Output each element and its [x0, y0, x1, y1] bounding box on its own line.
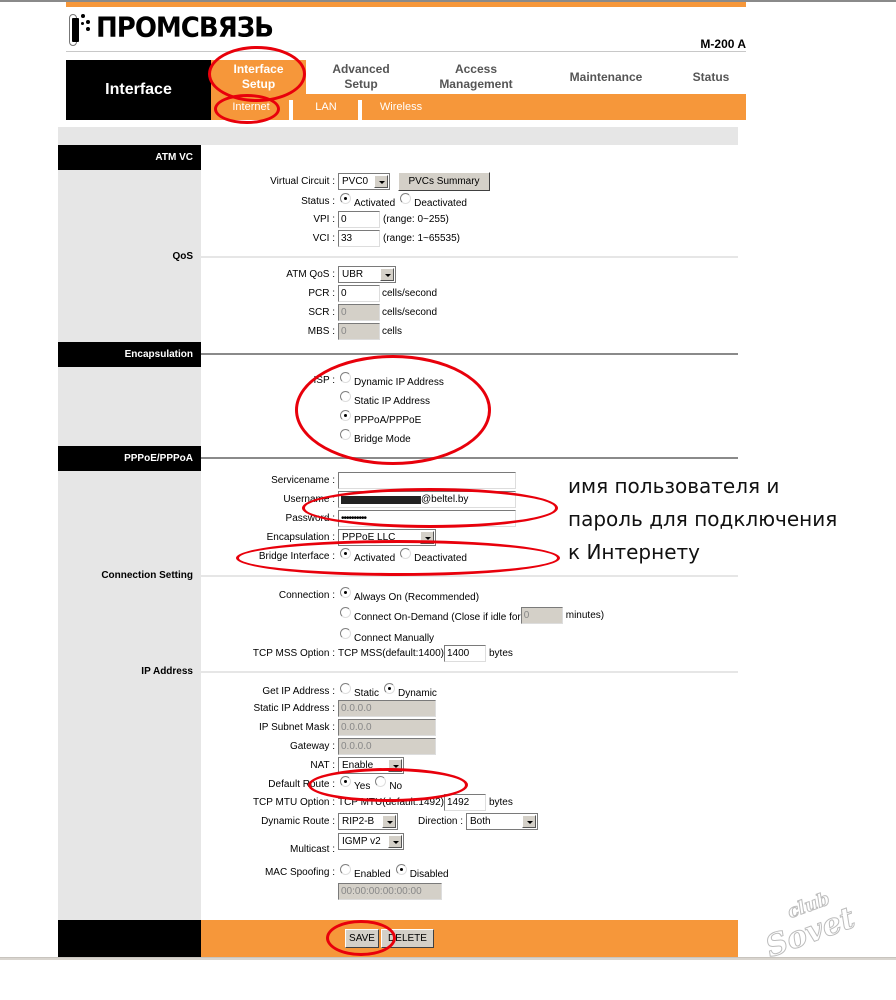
bridge-deactivated-radio[interactable] [400, 548, 411, 559]
encapsulation-select[interactable]: PPPoE LLC [338, 529, 436, 546]
get-ip-dynamic-radio[interactable] [384, 683, 395, 694]
delete-button[interactable]: DELETE [381, 929, 434, 948]
status-activated-radio[interactable] [340, 193, 351, 204]
chevron-down-icon [380, 268, 394, 281]
password-input[interactable]: •••••••••• [338, 510, 516, 527]
tab-maintenance[interactable]: Maintenance [551, 60, 661, 94]
subtab-separator [358, 100, 362, 120]
default-route-no-radio[interactable] [375, 776, 386, 787]
mac-address-row: 00:00:00:00:00:00 [201, 882, 738, 901]
chevron-down-icon [388, 759, 402, 772]
mac-address-input[interactable]: 00:00:00:00:00:00 [338, 883, 442, 900]
status-deactivated-radio[interactable] [400, 193, 411, 204]
get-ip-static-radio[interactable] [340, 683, 351, 694]
scr-row: SCR : 0cells/second [201, 303, 738, 322]
tab-interface-setup[interactable]: Interface Setup [211, 60, 306, 94]
static-ip-input[interactable]: 0.0.0.0 [338, 700, 436, 717]
model-label: M-200 A [700, 37, 746, 51]
subnet-row: IP Subnet Mask : 0.0.0.0 [201, 718, 738, 737]
servicename-input[interactable] [338, 472, 516, 489]
mbs-row: MBS : 0cells [201, 322, 738, 341]
mac-spoofing-enabled-radio[interactable] [340, 864, 351, 875]
vci-input[interactable]: 33 [338, 230, 380, 247]
tcp-mtu-input[interactable]: 1492 [444, 794, 486, 811]
connection-always-on-radio[interactable] [340, 587, 351, 598]
nav-section-title: Interface [66, 60, 211, 120]
save-button[interactable]: SAVE [345, 929, 379, 948]
isp-bridge-radio[interactable] [340, 429, 351, 440]
subtab-internet[interactable]: Internet [221, 94, 281, 120]
connection-manual-radio[interactable] [340, 628, 351, 639]
chevron-down-icon [382, 815, 396, 828]
isp-dynamic-radio[interactable] [340, 372, 351, 383]
chevron-down-icon [522, 815, 536, 828]
top-accent-bar [66, 2, 746, 7]
chevron-down-icon [420, 531, 434, 544]
vpi-row: VPI : 0 (range: 0~255) [201, 210, 738, 229]
form-footer: SAVE DELETE [58, 920, 738, 957]
virtual-circuit-row: Virtual Circuit : PVC0 PVCs Summary [201, 172, 738, 191]
redacted-username [341, 496, 421, 504]
subtab-separator [289, 100, 293, 120]
multicast-row: Multicast : IGMP v2 [201, 833, 738, 855]
username-input[interactable]: @beltel.by [338, 491, 516, 508]
logo-icon [66, 10, 96, 46]
section-divider [201, 671, 738, 673]
main-navigation: Interface Interface Setup Advanced Setup… [66, 60, 746, 120]
vpi-input[interactable]: 0 [338, 211, 380, 228]
nav-tabs: Interface Setup Advanced Setup Access Ma… [211, 60, 746, 94]
sub-navigation: Internet LAN Wireless [211, 94, 746, 120]
default-route-row: Default Route : Yes No [201, 775, 738, 794]
isp-pppoe-radio[interactable] [340, 410, 351, 421]
static-ip-row: Static IP Address : 0.0.0.0 [201, 699, 738, 718]
dynamic-route-select[interactable]: RIP2-B [338, 813, 398, 830]
pcr-row: PCR : 0cells/second [201, 284, 738, 303]
subtab-lan[interactable]: LAN [301, 94, 351, 120]
subtab-wireless[interactable]: Wireless [371, 94, 431, 120]
nat-select[interactable]: Enable [338, 757, 404, 774]
status-row: Status : Activated Deactivated [201, 192, 738, 211]
chevron-down-icon [374, 175, 388, 188]
isp-static-radio[interactable] [340, 391, 351, 402]
section-connection-setting: Connection Setting [58, 570, 201, 581]
section-ip-address: IP Address [58, 666, 201, 677]
vci-row: VCI : 33 (range: 1~65535) [201, 229, 738, 248]
section-encapsulation: Encapsulation [58, 342, 201, 367]
isp-row-pppoe: PPPoA/PPPoE [201, 409, 738, 428]
watermark-logo: club Sovet [754, 881, 858, 961]
section-divider [201, 256, 738, 258]
idle-minutes-input[interactable]: 0 [521, 607, 563, 624]
header-divider [66, 51, 746, 52]
window-bottom-border [0, 957, 896, 960]
atm-qos-row: ATM QoS : UBR [201, 265, 738, 284]
tab-status[interactable]: Status [676, 60, 746, 94]
subnet-mask-input[interactable]: 0.0.0.0 [338, 719, 436, 736]
pcr-input[interactable]: 0 [338, 285, 380, 302]
dynamic-route-row: Dynamic Route : RIP2-B Direction : Both [201, 812, 738, 831]
connection-row: Connection : Always On (Recommended) [201, 586, 738, 605]
tab-advanced-setup[interactable]: Advanced Setup [316, 60, 406, 94]
section-qos: QoS [58, 251, 201, 262]
connection-on-demand-radio[interactable] [340, 607, 351, 618]
tcp-mtu-row: TCP MTU Option : TCP MTU(default:1492) 1… [201, 793, 738, 812]
tab-access-management[interactable]: Access Management [421, 60, 531, 94]
annotation-text: имя пользователя и пароль для подключени… [568, 470, 837, 569]
brand-logo: ПРОМСВЯЗЬ [66, 10, 273, 46]
virtual-circuit-select[interactable]: PVC0 [338, 173, 390, 190]
isp-row-bridge: Bridge Mode [201, 428, 738, 447]
brand-name: ПРОМСВЯЗЬ [96, 12, 273, 44]
section-divider [201, 353, 738, 355]
mac-spoofing-disabled-radio[interactable] [396, 864, 407, 875]
atm-qos-select[interactable]: UBR [338, 266, 396, 283]
connection-on-demand-row: Connect On-Demand (Close if idle for 0 m… [201, 606, 738, 625]
chevron-down-icon [388, 835, 402, 848]
content-top-bar [58, 127, 738, 145]
gateway-row: Gateway : 0.0.0.0 [201, 737, 738, 756]
mbs-input[interactable]: 0 [338, 323, 380, 340]
default-route-yes-radio[interactable] [340, 776, 351, 787]
gateway-input[interactable]: 0.0.0.0 [338, 738, 436, 755]
mac-spoofing-row: MAC Spoofing : Enabled Disabled [201, 863, 738, 882]
scr-input[interactable]: 0 [338, 304, 380, 321]
direction-select[interactable]: Both [466, 813, 538, 830]
tcp-mss-row: TCP MSS Option : TCP MSS(default:1400) 1… [201, 644, 738, 663]
section-atm-vc: ATM VC [58, 145, 201, 170]
section-pppoe: PPPoE/PPPoA [58, 446, 201, 471]
pvcs-summary-button[interactable]: PVCs Summary [398, 172, 490, 191]
multicast-select[interactable]: IGMP v2 [338, 833, 404, 850]
isp-row: ISP : Dynamic IP Address [201, 371, 738, 390]
section-divider [201, 457, 738, 459]
bridge-activated-radio[interactable] [340, 548, 351, 559]
nat-row: NAT : Enable [201, 756, 738, 775]
tcp-mss-input[interactable]: 1400 [444, 645, 486, 662]
isp-row-static: Static IP Address [201, 390, 738, 409]
section-divider [201, 575, 738, 577]
